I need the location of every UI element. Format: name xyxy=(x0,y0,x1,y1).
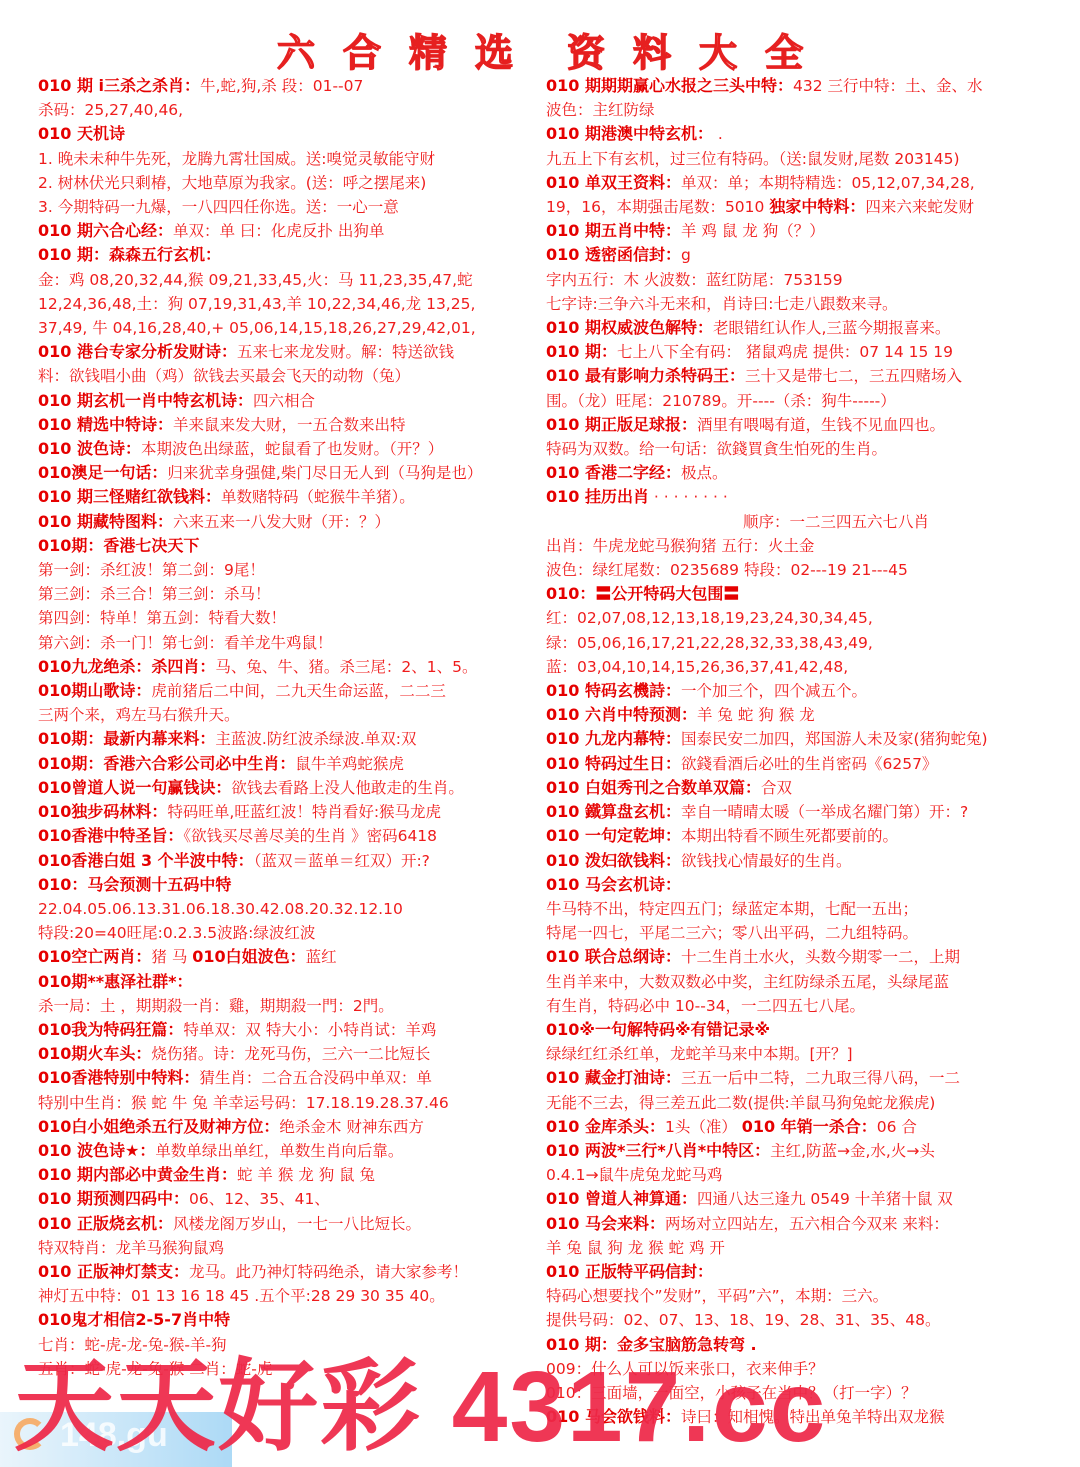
title-char: 精 xyxy=(409,22,447,77)
text-line: 010香港特别中特料：猜生肖：二合五合没码中单双：单 xyxy=(38,1066,538,1090)
entry-heading: 010期：最新内幕来料： xyxy=(38,729,215,748)
entry-text: 06 合 xyxy=(877,1118,917,1136)
entry-text: 一个加三个，四个减五个。 xyxy=(681,682,867,700)
text-line: 特段:20=40旺尾:0.2.3.5波路:绿波红波 xyxy=(38,921,538,945)
text-line: 010 联合总纲诗：十二生肖土水火，头数今期零一二，上期 xyxy=(546,945,1046,969)
text-line: 010 单双王资料：单双：单；本期特精选：05,12,07,34,28, xyxy=(546,171,1046,195)
text-line: 010 特码玄機詩：一个加三个，四个减五个。 xyxy=(546,679,1046,703)
entry-text: 特码心想要找个”发财”，平码”六”，本期：三六。 xyxy=(546,1287,888,1305)
text-line: 010：马会预测十五码中特 xyxy=(38,873,538,897)
entry-heading: 010期火车头： xyxy=(38,1044,151,1063)
entry-text: 2. 树林伏光只剩椿，大地草原为我家。(送：呼之摆尾来) xyxy=(38,174,426,192)
entry-text: 龙马。此乃神灯特码绝杀，请大家参考！ xyxy=(189,1263,468,1281)
entry-text: 金：鸡 08,20,32,44,猴 09,21,33,45,火：马 11,23,… xyxy=(38,271,473,289)
page-title: 六合精选资料大全 xyxy=(0,22,1080,72)
entry-text: 七上八下全有码： 猪鼠鸡虎 提供：07 14 15 19 xyxy=(617,343,953,361)
entry-text: 四六相合 xyxy=(253,392,315,410)
entry-text: 特段:20=40旺尾:0.2.3.5波路:绿波红波 xyxy=(38,924,315,942)
entry-text: 特单双：双 特大小：小特肖试：羊鸡 xyxy=(183,1021,436,1039)
entry-text: 杀一局：土 ，期期殺一肖：雞，期期殺一門：2門。 xyxy=(38,997,394,1015)
text-line: 010 期玄机一肖中特玄机诗：四六相合 xyxy=(38,389,538,413)
text-line: 特尾一四七，平尾二三六；零八出平码，二九组特码。 xyxy=(546,921,1046,945)
entry-heading: 010期山歌诗： xyxy=(38,681,151,700)
entry-heading: 010 正版特平码信封： xyxy=(546,1262,713,1281)
entry-heading: 010 期港澳中特玄机： xyxy=(546,124,713,143)
entry-text: 本期出特看不顾生死都要前的。 xyxy=(681,827,898,845)
entry-text: 432 三行中特：土、金、水 xyxy=(793,77,983,95)
entry-heading: 010 期五肖中特： xyxy=(546,221,681,240)
entry-heading: 010 挂历出肖 xyxy=(546,487,649,506)
entry-text: 料：欲钱唱小曲（鸡）欲钱去买最会飞天的动物（兔） xyxy=(38,367,410,385)
text-line: 杀一局：土 ，期期殺一肖：雞，期期殺一門：2門。 xyxy=(38,994,538,1018)
entry-heading: 010 年销一杀合： xyxy=(742,1117,877,1136)
entry-heading: 010空亡两肖： xyxy=(38,947,151,966)
text-line: 提供号码：02、07、13、18、19、28、31、35、48。 xyxy=(546,1308,1046,1332)
text-line: 波色：绿红尾数：0235689 特段：02---19 21---45 xyxy=(546,558,1046,582)
text-line: 010 期正版足球报：酒里有喂喝有道，生钱不见血四也。 xyxy=(546,413,1046,437)
text-line: 010 期六合心经：单双：单 曰：化虎反扑 出狗单 xyxy=(38,219,538,243)
text-line: 010香港白姐 3 个半波中特：（蓝双＝蓝单＝红双）开:? xyxy=(38,849,538,873)
text-line: 010 马会玄机诗： xyxy=(546,873,1046,897)
entry-text: 三两个来，鸡左马右猴升天。 xyxy=(38,706,240,724)
text-line: 010期火车头：烧伤猪。诗：龙死马伤，三六一二比短长 xyxy=(38,1042,538,1066)
entry-text: 绝杀金木 财神东西方 xyxy=(279,1118,423,1136)
entry-text: 1头（准） xyxy=(665,1118,742,1136)
text-line: 出肖：牛虎龙蛇马猴狗猪 五行：火土金 xyxy=(546,534,1046,558)
entry-heading: 010※一句解特码※有错记录※ xyxy=(546,1020,770,1039)
text-line: 010 精选中特诗：羊来鼠来发大财，一五合数来出特 xyxy=(38,413,538,437)
entry-heading: 010期：香港六合彩公司必中生肖： xyxy=(38,754,295,773)
text-line: 010 一句定乾坤：本期出特看不顾生死都要前的。 xyxy=(546,824,1046,848)
entry-heading: 010 期期期赢心水报之三头中特： xyxy=(546,76,793,95)
title-char: 料 xyxy=(633,22,671,77)
entry-heading: 010 港台专家分析发财诗： xyxy=(38,342,237,361)
text-line: 010 金库杀头：1头（准） 010 年销一杀合：06 合 xyxy=(546,1115,1046,1139)
entry-text: 字内五行：木 火波数：蓝红防尾：753159 xyxy=(546,271,843,289)
entry-heading: 010 六肖中特预测： xyxy=(546,705,697,724)
text-line: 料：欲钱唱小曲（鸡）欲钱去买最会飞天的动物（兔） xyxy=(38,364,538,388)
entry-heading: 010曾道人说一句赢钱诀： xyxy=(38,778,231,797)
entry-text: 酒里有喂喝有道，生钱不见血四也。 xyxy=(697,416,945,434)
entry-text: 绿绿红红杀红单，龙蛇羊马来中本期。[开？] xyxy=(546,1045,853,1063)
entry-text: 风楼龙阁万岁山，一七一八比短长。 xyxy=(173,1215,421,1233)
entry-heading: 010 期正版足球报： xyxy=(546,415,697,434)
text-line: 顺序：一二三四五六七八肖 xyxy=(546,510,1046,534)
text-line: 七字诗:三争六斗无来和，肖诗曰:七走八跟数来寻。 xyxy=(546,292,1046,316)
text-line: 010 白姐秀刊之合数单双篇：合双 xyxy=(546,776,1046,800)
entry-text: 蓝红 xyxy=(306,948,337,966)
text-line: 010 鐵算盘玄机：幸自一晴晴太暖（一举成名耀门第）开：? xyxy=(546,800,1046,824)
text-line: 围。（龙）旺尾：210789。开----（杀：狗牛-----） xyxy=(546,389,1046,413)
entry-text: 单数单绿出单红，单数生肖向后靠。 xyxy=(155,1142,403,1160)
entry-heading: 010 正版神灯禁支： xyxy=(38,1262,189,1281)
text-line: 010 泼妇欲钱料：欲钱找心情最好的生肖。 xyxy=(546,849,1046,873)
entry-heading: 010 期预测四码中： xyxy=(38,1189,189,1208)
entry-heading: 独家中特料： xyxy=(769,197,865,216)
text-line: 010 正版烧玄机：风楼龙阁万岁山，一七一八比短长。 xyxy=(38,1212,538,1236)
text-line: 绿：05,06,16,17,21,22,28,32,33,38,43,49, xyxy=(546,631,1046,655)
entry-heading: 010期：香港七决天下 xyxy=(38,536,199,555)
text-line: 010 期权威波色解特：老眼错红认作人,三蓝今期报喜来。 xyxy=(546,316,1046,340)
entry-heading: 010香港中特圣旨： xyxy=(38,826,183,845)
text-line: 第一剑：杀红波！第二剑：9尾！ xyxy=(38,558,538,582)
entry-text: · · · · · · · · xyxy=(649,488,728,506)
text-line: 羊 兔 鼠 狗 龙 猴 蛇 鸡 开 xyxy=(546,1236,1046,1260)
text-line: 010 期 i三杀之杀肖：牛,蛇,狗,杀 段：01--07 xyxy=(38,74,538,98)
entry-text: 蛇 羊 猴 龙 狗 鼠 兔 xyxy=(237,1166,375,1184)
entry-heading: 010 期：森森五行玄机： xyxy=(38,245,221,264)
text-line: 第三剑：杀三合！第三剑：杀马！ xyxy=(38,582,538,606)
entry-text: 特别中生肖：猴 蛇 牛 兔 羊幸运号码：17.18.19.28.37.46 xyxy=(38,1094,449,1112)
entry-text: 波色：主红防绿 xyxy=(546,101,655,119)
entry-text: 五来七来龙发财。解：特送欲钱 xyxy=(237,343,454,361)
text-line: 有生肖，特码必中 10--34，一二四五七八尾。 xyxy=(546,994,1046,1018)
entry-text: 牛马特不出，特定四五门；绿蓝定本期，七配一五出； xyxy=(546,900,918,918)
text-line: 第六剑：杀一门！第七剑：看羊龙牛鸡鼠！ xyxy=(38,631,538,655)
entry-text: 三五一后中二特，二九取三得八码，一二 xyxy=(681,1069,960,1087)
text-line: 010 六肖中特预测：羊 兔 蛇 狗 猴 龙 xyxy=(546,703,1046,727)
entry-heading: 010 天机诗 xyxy=(38,124,125,143)
entry-text: 烧伤猪。诗：龙死马伤，三六一二比短长 xyxy=(151,1045,430,1063)
text-line: 九五上下有玄机，过三位有特码。（送:鼠发财,尾数 203145) xyxy=(546,147,1046,171)
entry-text: 猪 马 xyxy=(151,948,192,966)
entry-text: 羊 兔 鼠 狗 龙 猴 蛇 鸡 开 xyxy=(546,1239,725,1257)
text-line: 37,49, 牛 04,16,28,40,+ 05,06,14,15,18,26… xyxy=(38,316,538,340)
text-line: 010 香港二字经：极点。 xyxy=(546,461,1046,485)
entry-text: g xyxy=(681,246,691,264)
text-line: 特码心想要找个”发财”，平码”六”，本期：三六。 xyxy=(546,1284,1046,1308)
entry-text: 单数赌特码（蛇猴牛羊猪）。 xyxy=(221,488,415,506)
text-line: 010期：最新内幕来料：主蓝波.防红波杀绿波.单双:双 xyxy=(38,727,538,751)
entry-heading: 010澳足一句话： xyxy=(38,463,167,482)
text-line: 010空亡两肖：猪 马 010白姐波色：蓝红 xyxy=(38,945,538,969)
entry-heading: 010 金库杀头： xyxy=(546,1117,665,1136)
text-line: 生肖羊来中，大数双数必中奖，主红防绿杀五尾，头绿尾蓝 xyxy=(546,970,1046,994)
entry-heading: 010 单双王资料： xyxy=(546,173,681,192)
entry-heading: 010 曾道人神算通： xyxy=(546,1189,697,1208)
text-line: 010曾道人说一句赢钱诀：欲钱去看路上没人他敢走的生肖。 xyxy=(38,776,538,800)
text-line: 010香港中特圣旨：《欲钱买尽善尽美的生肖 》密码6418 xyxy=(38,824,538,848)
entry-heading: 010 特码过生日： xyxy=(546,754,681,773)
text-line: 第四剑：特单！第五剑：特看大数！ xyxy=(38,606,538,630)
entry-text: 提供号码：02、07、13、18、19、28、31、35、48。 xyxy=(546,1311,941,1329)
text-line: 特码为双数。给一句话：欲錢買貪生怕死的生肖。 xyxy=(546,437,1046,461)
entry-heading: 010 九龙内幕特： xyxy=(546,729,681,748)
title-char: 全 xyxy=(765,22,803,77)
text-line: 010 特码过生日：欲錢看酒后必吐的生肖密码《6257》 xyxy=(546,752,1046,776)
text-line: 神灯五中特：01 13 16 18 45 .五个平:28 29 30 35 40… xyxy=(38,1284,538,1308)
entry-text: . xyxy=(713,125,723,143)
entry-text: 九五上下有玄机，过三位有特码。（送:鼠发财,尾数 203145) xyxy=(546,150,960,168)
text-line: 010 期预测四码中：06、12、35、41、 xyxy=(38,1187,538,1211)
entry-heading: 010 期六合心经： xyxy=(38,221,173,240)
entry-heading: 010 马会玄机诗： xyxy=(546,875,681,894)
entry-text: 绿：05,06,16,17,21,22,28,32,33,38,43,49, xyxy=(546,634,873,652)
text-line: 010 期：七上八下全有码： 猪鼠鸡虎 提供：07 14 15 19 xyxy=(546,340,1046,364)
entry-heading: 010 期玄机一肖中特玄机诗： xyxy=(38,391,253,410)
entry-text: 鼠牛羊鸡蛇猴虎 xyxy=(295,755,404,773)
entry-text: 两场对立四站左，五六相合今双来 来料： xyxy=(665,1215,949,1233)
entry-heading: 010 联合总纲诗： xyxy=(546,947,681,966)
entry-heading: 010 透密函信封： xyxy=(546,245,681,264)
entry-heading: 010九龙绝杀：杀四肖： xyxy=(38,657,215,676)
entry-text: 虎前猪后二中间，二九天生命运蓝，二二三 xyxy=(151,682,446,700)
text-line: 0.4.1→鼠牛虎兔龙蛇马鸡 xyxy=(546,1163,1046,1187)
entry-heading: 010 泼妇欲钱料： xyxy=(546,851,681,870)
text-line: 010 期：森森五行玄机： xyxy=(38,243,538,267)
entry-text: 第一剑：杀红波！第二剑：9尾！ xyxy=(38,561,265,579)
text-line: 特别中生肖：猴 蛇 牛 兔 羊幸运号码：17.18.19.28.37.46 xyxy=(38,1091,538,1115)
entry-heading: 010 马会来料： xyxy=(546,1214,665,1233)
text-line: 010我为特码狂篇：特单双：双 特大小：小特肖试：羊鸡 xyxy=(38,1018,538,1042)
entry-text: 单双：单 曰：化虎反扑 出狗单 xyxy=(173,222,384,240)
entry-heading: 010 精选中特诗： xyxy=(38,415,173,434)
entry-text: （蓝双＝蓝单＝红双）开:? xyxy=(254,852,430,870)
text-line: 金：鸡 08,20,32,44,猴 09,21,33,45,火：马 11,23,… xyxy=(38,268,538,292)
entry-text: 22.04.05.06.13.31.06.18.30.42.08.20.32.1… xyxy=(38,900,403,918)
right-column: 010 期期期赢心水报之三头中特：432 三行中特：土、金、水波色：主红防绿01… xyxy=(546,74,1046,1429)
title-char: 合 xyxy=(343,22,381,77)
text-line: 蓝：03,04,10,14,15,26,36,37,41,42,48, xyxy=(546,655,1046,679)
text-line: 红：02,07,08,12,13,18,19,23,24,30,34,45, xyxy=(546,606,1046,630)
entry-text: 特双特肖：龙羊马猴狗鼠鸡 xyxy=(38,1239,224,1257)
text-line: 19，16，本期强击尾数：5010 独家中特料：四来六来蛇发财 xyxy=(546,195,1046,219)
text-line: 牛马特不出，特定四五门；绿蓝定本期，七配一五出； xyxy=(546,897,1046,921)
entry-text: 12,24,36,48,土：狗 07,19,31,43,羊 10,22,34,4… xyxy=(38,295,475,313)
text-line: 010 期期期赢心水报之三头中特：432 三行中特：土、金、水 xyxy=(546,74,1046,98)
entry-text: 特尾一四七，平尾二三六；零八出平码，二九组特码。 xyxy=(546,924,918,942)
entry-heading: 010 最有影响力杀特码王： xyxy=(546,366,745,385)
text-line: 010 藏金打油诗：三五一后中二特，二九取三得八码，一二 xyxy=(546,1066,1046,1090)
text-line: 010澳足一句话：归来犹幸身强健,柴门尽日无人到（马狗是也） xyxy=(38,461,538,485)
text-line: 010 最有影响力杀特码王：三十又是带七二，三五四赌场入 xyxy=(546,364,1046,388)
entry-text: 马、兔、牛、猪。杀三尾：2、1、5。 xyxy=(215,658,477,676)
entry-heading: 010 期 i三杀之杀肖： xyxy=(38,76,200,95)
title-char: 资 xyxy=(567,22,605,77)
text-line: 010 挂历出肖 · · · · · · · · xyxy=(546,485,1046,509)
entry-text: 19，16，本期强击尾数：5010 xyxy=(546,198,769,216)
text-line: 010※一句解特码※有错记录※ xyxy=(546,1018,1046,1042)
entry-heading: 010白姐波色： xyxy=(192,947,305,966)
entry-heading: 010 期藏特图料： xyxy=(38,512,173,531)
entry-heading: 010 两波*三行*八肖*中特区： xyxy=(546,1141,770,1160)
entry-text: 第四剑：特单！第五剑：特看大数！ xyxy=(38,609,286,627)
text-line: 010独步码林料：特码旺单,旺蓝红波！特肖看好:猴马龙虎 xyxy=(38,800,538,824)
text-line: 特双特肖：龙羊马猴狗鼠鸡 xyxy=(38,1236,538,1260)
entry-text: 特码为双数。给一句话：欲錢買貪生怕死的生肖。 xyxy=(546,440,887,458)
entry-text: 3. 今期特码一九爆，一八四四任你选。送：一心一意 xyxy=(38,198,399,216)
entry-text: 羊 鸡 鼠 龙 狗（？） xyxy=(681,222,825,240)
entry-text: 四通八达三逢九 0549 十羊猪十鼠 双 xyxy=(697,1190,953,1208)
entry-text: 四来六来蛇发财 xyxy=(865,198,974,216)
text-line: 010 正版特平码信封： xyxy=(546,1260,1046,1284)
entry-heading: 010 香港二字经： xyxy=(546,463,681,482)
entry-text: 羊 兔 蛇 狗 猴 龙 xyxy=(697,706,815,724)
entry-text: 合双 xyxy=(761,779,792,797)
entry-text: 蓝：03,04,10,14,15,26,36,37,41,42,48, xyxy=(546,658,848,676)
entry-text: 归来犹幸身强健,柴门尽日无人到（马狗是也） xyxy=(167,464,482,482)
text-line: 010 期港澳中特玄机： . xyxy=(546,122,1046,146)
entry-text: 主蓝波.防红波杀绿波.单双:双 xyxy=(215,730,416,748)
title-char: 选 xyxy=(475,22,513,77)
text-line: 010期**惠泽社群*： xyxy=(38,970,538,994)
entry-heading: 010 波色诗： xyxy=(38,439,141,458)
text-line: 010 两波*三行*八肖*中特区：主红,防蓝→金,水,火→头 xyxy=(546,1139,1046,1163)
text-line: 3. 今期特码一九爆，一八四四任你选。送：一心一意 xyxy=(38,195,538,219)
text-line: 010九龙绝杀：杀四肖：马、兔、牛、猪。杀三尾：2、1、5。 xyxy=(38,655,538,679)
entry-text: 0.4.1→鼠牛虎兔龙蛇马鸡 xyxy=(546,1166,722,1184)
text-line: 010期：香港六合彩公司必中生肖：鼠牛羊鸡蛇猴虎 xyxy=(38,752,538,776)
entry-text: 主红,防蓝→金,水,火→头 xyxy=(770,1142,935,1160)
text-line: 杀码：25,27,40,46, xyxy=(38,98,538,122)
entry-text: 顺序：一二三四五六七八肖 xyxy=(743,513,929,531)
entry-text: 羊来鼠来发大财，一五合数来出特 xyxy=(173,416,406,434)
text-line: 字内五行：木 火波数：蓝红防尾：753159 xyxy=(546,268,1046,292)
entry-text: 猜生肖：二合五合没码中单双：单 xyxy=(199,1069,432,1087)
text-line: 2. 树林伏光只剩椿，大地草原为我家。(送：呼之摆尾来) xyxy=(38,171,538,195)
entry-heading: 010 一句定乾坤： xyxy=(546,826,681,845)
text-line: 1. 晚未未种牛先死，龙腾九霄壮国威。送:嗅觉灵敏能守财 xyxy=(38,147,538,171)
entry-heading: 010 期： xyxy=(546,342,617,361)
entry-text: 牛,蛇,狗,杀 段：01--07 xyxy=(200,77,363,95)
entry-text: 06、12、35、41、 xyxy=(189,1190,330,1208)
entry-text: 老眼错红认作人,三蓝今期报喜来。 xyxy=(713,319,950,337)
entry-text: 37,49, 牛 04,16,28,40,+ 05,06,14,15,18,26… xyxy=(38,319,476,337)
entry-heading: 010 期权威波色解特： xyxy=(546,318,713,337)
watermark: 天天好彩 4317.cc xyxy=(14,1352,827,1462)
entry-text: 单双：单；本期特精选：05,12,07,34,28, xyxy=(681,174,975,192)
entry-text: 六来五来一八发大财（开：？） xyxy=(173,513,390,531)
entry-text: 国泰民安二加四，郑国游人未及家(猪狗蛇兔) xyxy=(681,730,988,748)
text-line: 010 波色诗★：单数单绿出单红，单数生肖向后靠。 xyxy=(38,1139,538,1163)
text-line: 无能不三去，得三差五此二数(提供:羊鼠马狗兔蛇龙猴虎) xyxy=(546,1091,1046,1115)
entry-heading: 010 波色诗★： xyxy=(38,1141,155,1160)
text-line: 010 曾道人神算通：四通八达三逢九 0549 十羊猪十鼠 双 xyxy=(546,1187,1046,1211)
text-line: 010期山歌诗：虎前猪后二中间，二九天生命运蓝，二二三 xyxy=(38,679,538,703)
text-line: 010白小姐绝杀五行及财神方位：绝杀金木 财神东西方 xyxy=(38,1115,538,1139)
entry-heading: 010 鐵算盘玄机： xyxy=(546,802,681,821)
entry-heading: 010 藏金打油诗： xyxy=(546,1068,681,1087)
text-line: 010 天机诗 xyxy=(38,122,538,146)
title-char: 六 xyxy=(277,22,315,77)
entry-heading: 010 期内部必中黄金生肖： xyxy=(38,1165,237,1184)
entry-text: 欲钱找心情最好的生肖。 xyxy=(681,852,852,870)
entry-text: 幸自一晴晴太暖（一举成名耀门第）开：? xyxy=(681,803,968,821)
entry-text: 极点。 xyxy=(681,464,728,482)
text-line: 22.04.05.06.13.31.06.18.30.42.08.20.32.1… xyxy=(38,897,538,921)
text-line: 010 九龙内幕特：国泰民安二加四，郑国游人未及家(猪狗蛇兔) xyxy=(546,727,1046,751)
entry-text: 围。（龙）旺尾：210789。开----（杀：狗牛-----） xyxy=(546,392,896,410)
entry-text: 七字诗:三争六斗无来和，肖诗曰:七走八跟数来寻。 xyxy=(546,295,897,313)
entry-text: 红：02,07,08,12,13,18,19,23,24,30,34,45, xyxy=(546,609,873,627)
entry-text: 特码旺单,旺蓝红波！特肖看好:猴马龙虎 xyxy=(167,803,441,821)
entry-text: 杀码：25,27,40,46, xyxy=(38,101,183,119)
entry-text: 第三剑：杀三合！第三剑：杀马！ xyxy=(38,585,271,603)
entry-text: 本期波色出绿蓝，蛇鼠看了也发财。（开？） xyxy=(141,440,443,458)
entry-heading: 010独步码林料： xyxy=(38,802,167,821)
text-line: 010 期内部必中黄金生肖：蛇 羊 猴 龙 狗 鼠 兔 xyxy=(38,1163,538,1187)
title-char: 大 xyxy=(699,22,737,77)
entry-text: 出肖：牛虎龙蛇马猴狗猪 五行：火土金 xyxy=(546,537,814,555)
entry-text: 《欲钱买尽善尽美的生肖 》密码6418 xyxy=(183,827,437,845)
text-line: 010 期藏特图料：六来五来一八发大财（开：？） xyxy=(38,510,538,534)
text-line: 010 透密函信封：g xyxy=(546,243,1046,267)
text-line: 010 期三怪赌红欲钱料：单数赌特码（蛇猴牛羊猪）。 xyxy=(38,485,538,509)
entry-heading: 010 正版烧玄机： xyxy=(38,1214,173,1233)
entry-heading: 010 期三怪赌红欲钱料： xyxy=(38,487,221,506)
entry-heading: 010 白姐秀刊之合数单双篇： xyxy=(546,778,761,797)
entry-heading: 010我为特码狂篇： xyxy=(38,1020,183,1039)
entry-text: 欲錢看酒后必吐的生肖密码《6257》 xyxy=(681,755,937,773)
text-line: 010期：香港七决天下 xyxy=(38,534,538,558)
left-column: 010 期 i三杀之杀肖：牛,蛇,狗,杀 段：01--07杀码：25,27,40… xyxy=(38,74,538,1381)
entry-text: 有生肖，特码必中 10--34，一二四五七八尾。 xyxy=(546,997,865,1015)
text-line: 010 波色诗：本期波色出绿蓝，蛇鼠看了也发财。（开？） xyxy=(38,437,538,461)
entry-heading: 010：〓公开特码大包围〓 xyxy=(546,584,739,603)
text-line: 绿绿红红杀红单，龙蛇羊马来中本期。[开？] xyxy=(546,1042,1046,1066)
text-line: 010鬼才相信2-5-7肖中特 xyxy=(38,1308,538,1332)
entry-heading: 010白小姐绝杀五行及财神方位： xyxy=(38,1117,279,1136)
entry-text: 第六剑：杀一门！第七剑：看羊龙牛鸡鼠！ xyxy=(38,634,333,652)
text-line: 12,24,36,48,土：狗 07,19,31,43,羊 10,22,34,4… xyxy=(38,292,538,316)
entry-heading: 010：马会预测十五码中特 xyxy=(38,875,231,894)
text-line: 010 马会来料：两场对立四站左，五六相合今双来 来料： xyxy=(546,1212,1046,1236)
entry-heading: 010香港特别中特料： xyxy=(38,1068,199,1087)
entry-text: 生肖羊来中，大数双数必中奖，主红防绿杀五尾，头绿尾蓝 xyxy=(546,973,949,991)
text-line: 010：〓公开特码大包围〓 xyxy=(546,582,1046,606)
text-line: 010 正版神灯禁支：龙马。此乃神灯特码绝杀，请大家参考！ xyxy=(38,1260,538,1284)
entry-text: 1. 晚未未种牛先死，龙腾九霄壮国威。送:嗅觉灵敏能守财 xyxy=(38,150,435,168)
entry-text: 三十又是带七二，三五四赌场入 xyxy=(745,367,962,385)
entry-text: 神灯五中特：01 13 16 18 45 .五个平:28 29 30 35 40… xyxy=(38,1287,445,1305)
entry-heading: 010期**惠泽社群*： xyxy=(38,972,193,991)
text-line: 010 港台专家分析发财诗：五来七来龙发财。解：特送欲钱 xyxy=(38,340,538,364)
entry-heading: 010 特码玄機詩： xyxy=(546,681,681,700)
text-line: 三两个来，鸡左马右猴升天。 xyxy=(38,703,538,727)
entry-text: 无能不三去，得三差五此二数(提供:羊鼠马狗兔蛇龙猴虎) xyxy=(546,1094,935,1112)
entry-text: 波色：绿红尾数：0235689 特段：02---19 21---45 xyxy=(546,561,908,579)
text-line: 波色：主红防绿 xyxy=(546,98,1046,122)
entry-heading: 010鬼才相信2-5-7肖中特 xyxy=(38,1310,230,1329)
entry-text: 欲钱去看路上没人他敢走的生肖。 xyxy=(231,779,464,797)
entry-heading: 010香港白姐 3 个半波中特： xyxy=(38,851,254,870)
text-line: 010 期五肖中特：羊 鸡 鼠 龙 狗（？） xyxy=(546,219,1046,243)
entry-text: 十二生肖土水火，头数今期零一二，上期 xyxy=(681,948,960,966)
